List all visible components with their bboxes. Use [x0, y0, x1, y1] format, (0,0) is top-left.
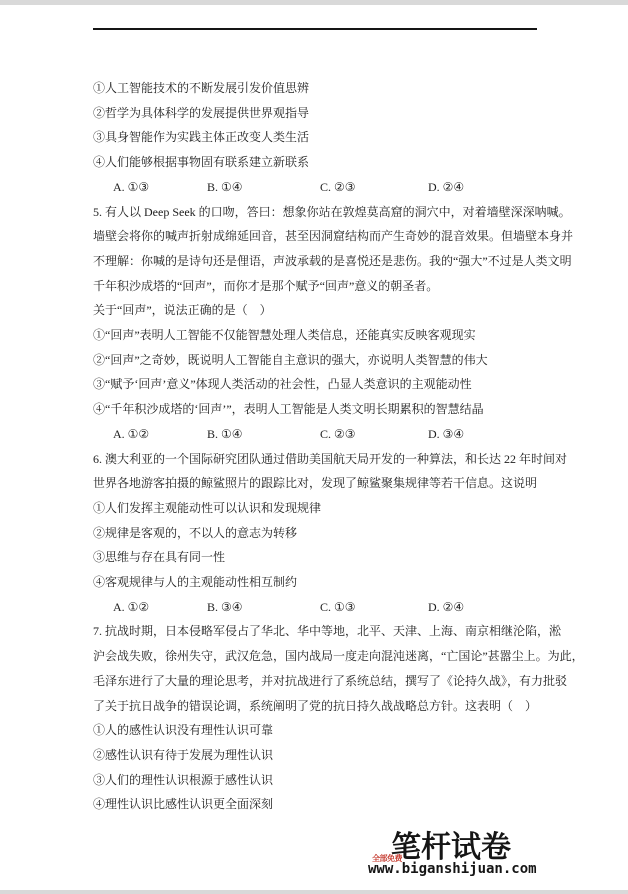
option-line: ③“赋予‘回声’意义”体现人类活动的社会性，凸显人类意识的主观能动性	[93, 372, 537, 397]
exam-content: ①人工智能技术的不断发展引发价值思辨 ②哲学为具体科学的发展提供世界观指导 ③具…	[93, 76, 537, 817]
logo-title: 笔杆试卷	[391, 822, 511, 866]
top-edge-strip	[0, 0, 628, 5]
answer-choice-d: D. ②④	[428, 595, 537, 620]
answer-choice-b: B. ①④	[207, 175, 320, 200]
bottom-edge-strip	[0, 890, 628, 894]
answer-choice-b: B. ①④	[207, 422, 320, 447]
exam-page: ①人工智能技术的不断发展引发价值思辨 ②哲学为具体科学的发展提供世界观指导 ③具…	[0, 0, 628, 894]
answer-choice-d: D. ②④	[428, 175, 537, 200]
answer-choice-c: C. ①③	[320, 595, 428, 620]
question-block-7: 7. 抗战时期，日本侵略军侵占了华北、华中等地，北平、天津、上海、南京相继沦陷，…	[93, 619, 537, 817]
question-block-6: 6. 澳大利亚的一个国际研究团队通过借助美国航天局开发的一种算法，和长达 22 …	[93, 447, 537, 620]
stem-line: 毛泽东进行了大量的理论思考，并对抗战进行了系统总结，撰写了《论持久战》，有力批驳	[93, 669, 537, 694]
stem-line: 千年积沙成塔的“回声”，而你才是那个赋予“回声”意义的朝圣者。	[93, 274, 537, 299]
option-line: ④客观规律与人的主观能动性相互制约	[93, 570, 537, 595]
stem-line: 世界各地游客拍摄的鲸鲨照片的跟踪比对，发现了鲸鲨聚集规律等若干信息。这说明	[93, 471, 537, 496]
site-url: www.biganshijuan.com	[368, 861, 537, 877]
stem-line: 沪会战失败，徐州失守，武汉危急，国内战局一度走向混沌迷离，“亡国论”甚嚣尘上。为…	[93, 644, 537, 669]
question-block-5: 5. 有人以 Deep Seek 的口吻，答曰：想象你站在敦煌莫高窟的洞穴中，对…	[93, 200, 537, 447]
stem-line: 5. 有人以 Deep Seek 的口吻，答曰：想象你站在敦煌莫高窟的洞穴中，对…	[93, 200, 537, 225]
option-line: ④人们能够根据事物固有联系建立新联系	[93, 150, 537, 175]
option-line: ②“回声”之奇妙，既说明人工智能自主意识的强大，亦说明人类智慧的伟大	[93, 348, 537, 373]
option-line: ①人工智能技术的不断发展引发价值思辨	[93, 76, 537, 101]
answer-row: A. ①③ B. ①④ C. ②③ D. ②④	[93, 175, 537, 200]
answer-choice-a: A. ①③	[113, 175, 207, 200]
answer-choice-d: D. ③④	[428, 422, 537, 447]
answer-choice-a: A. ①②	[113, 422, 207, 447]
header-rule	[93, 28, 537, 30]
option-line: ①人的感性认识没有理性认识可靠	[93, 718, 537, 743]
stem-line: 墙壁会将你的喊声折射成绵延回音，甚至因洞窟结构而产生奇妙的混音效果。但墙壁本身并	[93, 224, 537, 249]
stem-line: 了关于抗日战争的错误论调，系统阐明了党的抗日持久战战略总方针。这表明（ ）	[93, 694, 537, 719]
question-prompt: 关于“回声”，说法正确的是（ ）	[93, 298, 537, 323]
option-line: ②哲学为具体科学的发展提供世界观指导	[93, 101, 537, 126]
option-line: ③具身智能作为实践主体正改变人类生活	[93, 125, 537, 150]
option-line: ①“回声”表明人工智能不仅能智慧处理人类信息，还能真实反映客观现实	[93, 323, 537, 348]
stem-line: 不理解：你喊的是诗句还是俚语，声波承载的是喜悦还是悲伤。我的“强大”不过是人类文…	[93, 249, 537, 274]
answer-row: A. ①② B. ①④ C. ②③ D. ③④	[93, 422, 537, 447]
option-line: ④理性认识比感性认识更全面深刻	[93, 792, 537, 817]
option-line: ②规律是客观的，不以人的意志为转移	[93, 521, 537, 546]
answer-row: A. ①② B. ③④ C. ①③ D. ②④	[93, 595, 537, 620]
option-line: ②感性认识有待于发展为理性认识	[93, 743, 537, 768]
stem-line: 6. 澳大利亚的一个国际研究团队通过借助美国航天局开发的一种算法，和长达 22 …	[93, 447, 537, 472]
site-logo: 笔杆试卷 全部免费 www.biganshijuan.com	[360, 820, 620, 882]
answer-choice-c: C. ②③	[320, 422, 428, 447]
answer-choice-a: A. ①②	[113, 595, 207, 620]
stem-line: 7. 抗战时期，日本侵略军侵占了华北、华中等地，北平、天津、上海、南京相继沦陷，…	[93, 619, 537, 644]
option-line: ③人们的理性认识根源于感性认识	[93, 768, 537, 793]
option-line: ①人们发挥主观能动性可以认识和发现规律	[93, 496, 537, 521]
question-block-4: ①人工智能技术的不断发展引发价值思辨 ②哲学为具体科学的发展提供世界观指导 ③具…	[93, 76, 537, 200]
answer-choice-c: C. ②③	[320, 175, 428, 200]
option-line: ④“千年积沙成塔的‘回声’”，表明人工智能是人类文明长期累积的智慧结晶	[93, 397, 537, 422]
answer-choice-b: B. ③④	[207, 595, 320, 620]
option-line: ③思维与存在具有同一性	[93, 545, 537, 570]
